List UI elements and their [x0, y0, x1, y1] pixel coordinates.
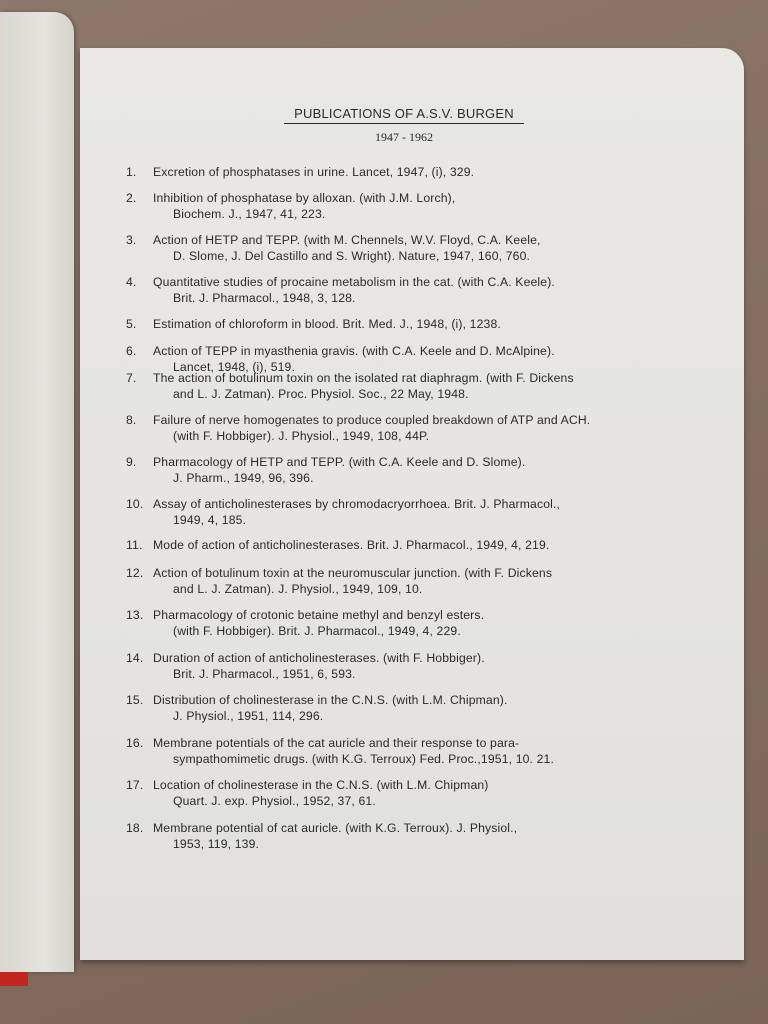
document-page: PUBLICATIONS OF A.S.V. BURGEN 1947 - 196…	[80, 48, 744, 960]
entry-line-2: Biochem. J., 1947, 41, 223.	[173, 206, 726, 222]
publication-entry: 7. The action of botulinum toxin on the …	[126, 370, 726, 402]
entry-number: 1.	[126, 164, 150, 180]
entry-line-2: 1953, 119, 139.	[173, 836, 726, 852]
facing-left-page	[0, 12, 74, 972]
publication-entry: 18. Membrane potential of cat auricle. (…	[126, 820, 726, 852]
entry-line-1: Action of HETP and TEPP. (with M. Chenne…	[153, 232, 726, 248]
page-subtitle-years: 1947 - 1962	[284, 130, 524, 145]
entry-line-1: Action of botulinum toxin at the neuromu…	[153, 565, 726, 581]
entry-number: 18.	[126, 820, 150, 836]
book-cover-edge	[0, 972, 28, 986]
entry-line-1: Membrane potential of cat auricle. (with…	[153, 820, 726, 836]
entry-number: 8.	[126, 412, 150, 428]
entry-line-1: Location of cholinesterase in the C.N.S.…	[153, 777, 726, 793]
entry-line-2: J. Physiol., 1951, 114, 296.	[173, 708, 726, 724]
entry-line-2: Quart. J. exp. Physiol., 1952, 37, 61.	[173, 793, 726, 809]
entry-line-1: Pharmacology of HETP and TEPP. (with C.A…	[153, 454, 726, 470]
publication-entry: 15. Distribution of cholinesterase in th…	[126, 692, 726, 724]
publication-entry: 3. Action of HETP and TEPP. (with M. Che…	[126, 232, 726, 264]
publication-entry: 10. Assay of anticholinesterases by chro…	[126, 496, 726, 528]
entry-number: 11.	[126, 537, 150, 553]
entry-line-2: Brit. J. Pharmacol., 1948, 3, 128.	[173, 290, 726, 306]
entry-number: 2.	[126, 190, 150, 206]
page-title: PUBLICATIONS OF A.S.V. BURGEN	[284, 106, 524, 124]
entry-line-1: Distribution of cholinesterase in the C.…	[153, 692, 726, 708]
publication-entry: 8. Failure of nerve homogenates to produ…	[126, 412, 726, 444]
entry-line-1: Excretion of phosphatases in urine. Lanc…	[153, 164, 726, 180]
entry-line-1: Quantitative studies of procaine metabol…	[153, 274, 726, 290]
entry-number: 13.	[126, 607, 150, 623]
publication-entry: 5. Estimation of chloroform in blood. Br…	[126, 316, 726, 332]
entry-line-2: J. Pharm., 1949, 96, 396.	[173, 470, 726, 486]
publication-entry: 1. Excretion of phosphatases in urine. L…	[126, 164, 726, 180]
entry-number: 15.	[126, 692, 150, 708]
entry-line-2: Brit. J. Pharmacol., 1951, 6, 593.	[173, 666, 726, 682]
entry-line-2: D. Slome, J. Del Castillo and S. Wright)…	[173, 248, 726, 264]
publication-entry: 17. Location of cholinesterase in the C.…	[126, 777, 726, 809]
entry-number: 7.	[126, 370, 150, 386]
entry-line-1: Duration of action of anticholinesterase…	[153, 650, 726, 666]
entry-number: 5.	[126, 316, 150, 332]
entry-line-1: Estimation of chloroform in blood. Brit.…	[153, 316, 726, 332]
entry-line-1: Mode of action of anticholinesterases. B…	[153, 537, 726, 553]
entry-line-2: (with F. Hobbiger). Brit. J. Pharmacol.,…	[173, 623, 726, 639]
entry-number: 3.	[126, 232, 150, 248]
publication-entry: 16. Membrane potentials of the cat auric…	[126, 735, 726, 767]
entry-line-1: Assay of anticholinesterases by chromoda…	[153, 496, 726, 512]
entry-number: 4.	[126, 274, 150, 290]
entry-line-2: (with F. Hobbiger). J. Physiol., 1949, 1…	[173, 428, 726, 444]
entry-line-2: 1949, 4, 185.	[173, 512, 726, 528]
entry-number: 10.	[126, 496, 150, 512]
entry-line-1: Inhibition of phosphatase by alloxan. (w…	[153, 190, 726, 206]
publication-entry: 12. Action of botulinum toxin at the neu…	[126, 565, 726, 597]
publication-entry: 4. Quantitative studies of procaine meta…	[126, 274, 726, 306]
entry-number: 9.	[126, 454, 150, 470]
publication-entry: 14. Duration of action of anticholineste…	[126, 650, 726, 682]
publication-entry: 13. Pharmacology of crotonic betaine met…	[126, 607, 726, 639]
entry-line-1: The action of botulinum toxin on the iso…	[153, 370, 726, 386]
entry-line-2: and L. J. Zatman). J. Physiol., 1949, 10…	[173, 581, 726, 597]
entry-number: 17.	[126, 777, 150, 793]
entry-number: 14.	[126, 650, 150, 666]
entry-line-1: Pharmacology of crotonic betaine methyl …	[153, 607, 726, 623]
entry-line-2: and L. J. Zatman). Proc. Physiol. Soc., …	[173, 386, 726, 402]
entry-line-1: Failure of nerve homogenates to produce …	[153, 412, 726, 428]
entry-line-2: sympathomimetic drugs. (with K.G. Terrou…	[173, 751, 726, 767]
entry-line-1: Action of TEPP in myasthenia gravis. (wi…	[153, 343, 726, 359]
entry-number: 16.	[126, 735, 150, 751]
entry-line-1: Membrane potentials of the cat auricle a…	[153, 735, 726, 751]
entry-number: 6.	[126, 343, 150, 359]
publication-entry: 11. Mode of action of anticholinesterase…	[126, 537, 726, 553]
entry-number: 12.	[126, 565, 150, 581]
publication-entry: 9. Pharmacology of HETP and TEPP. (with …	[126, 454, 726, 486]
publication-entry: 2. Inhibition of phosphatase by alloxan.…	[126, 190, 726, 222]
